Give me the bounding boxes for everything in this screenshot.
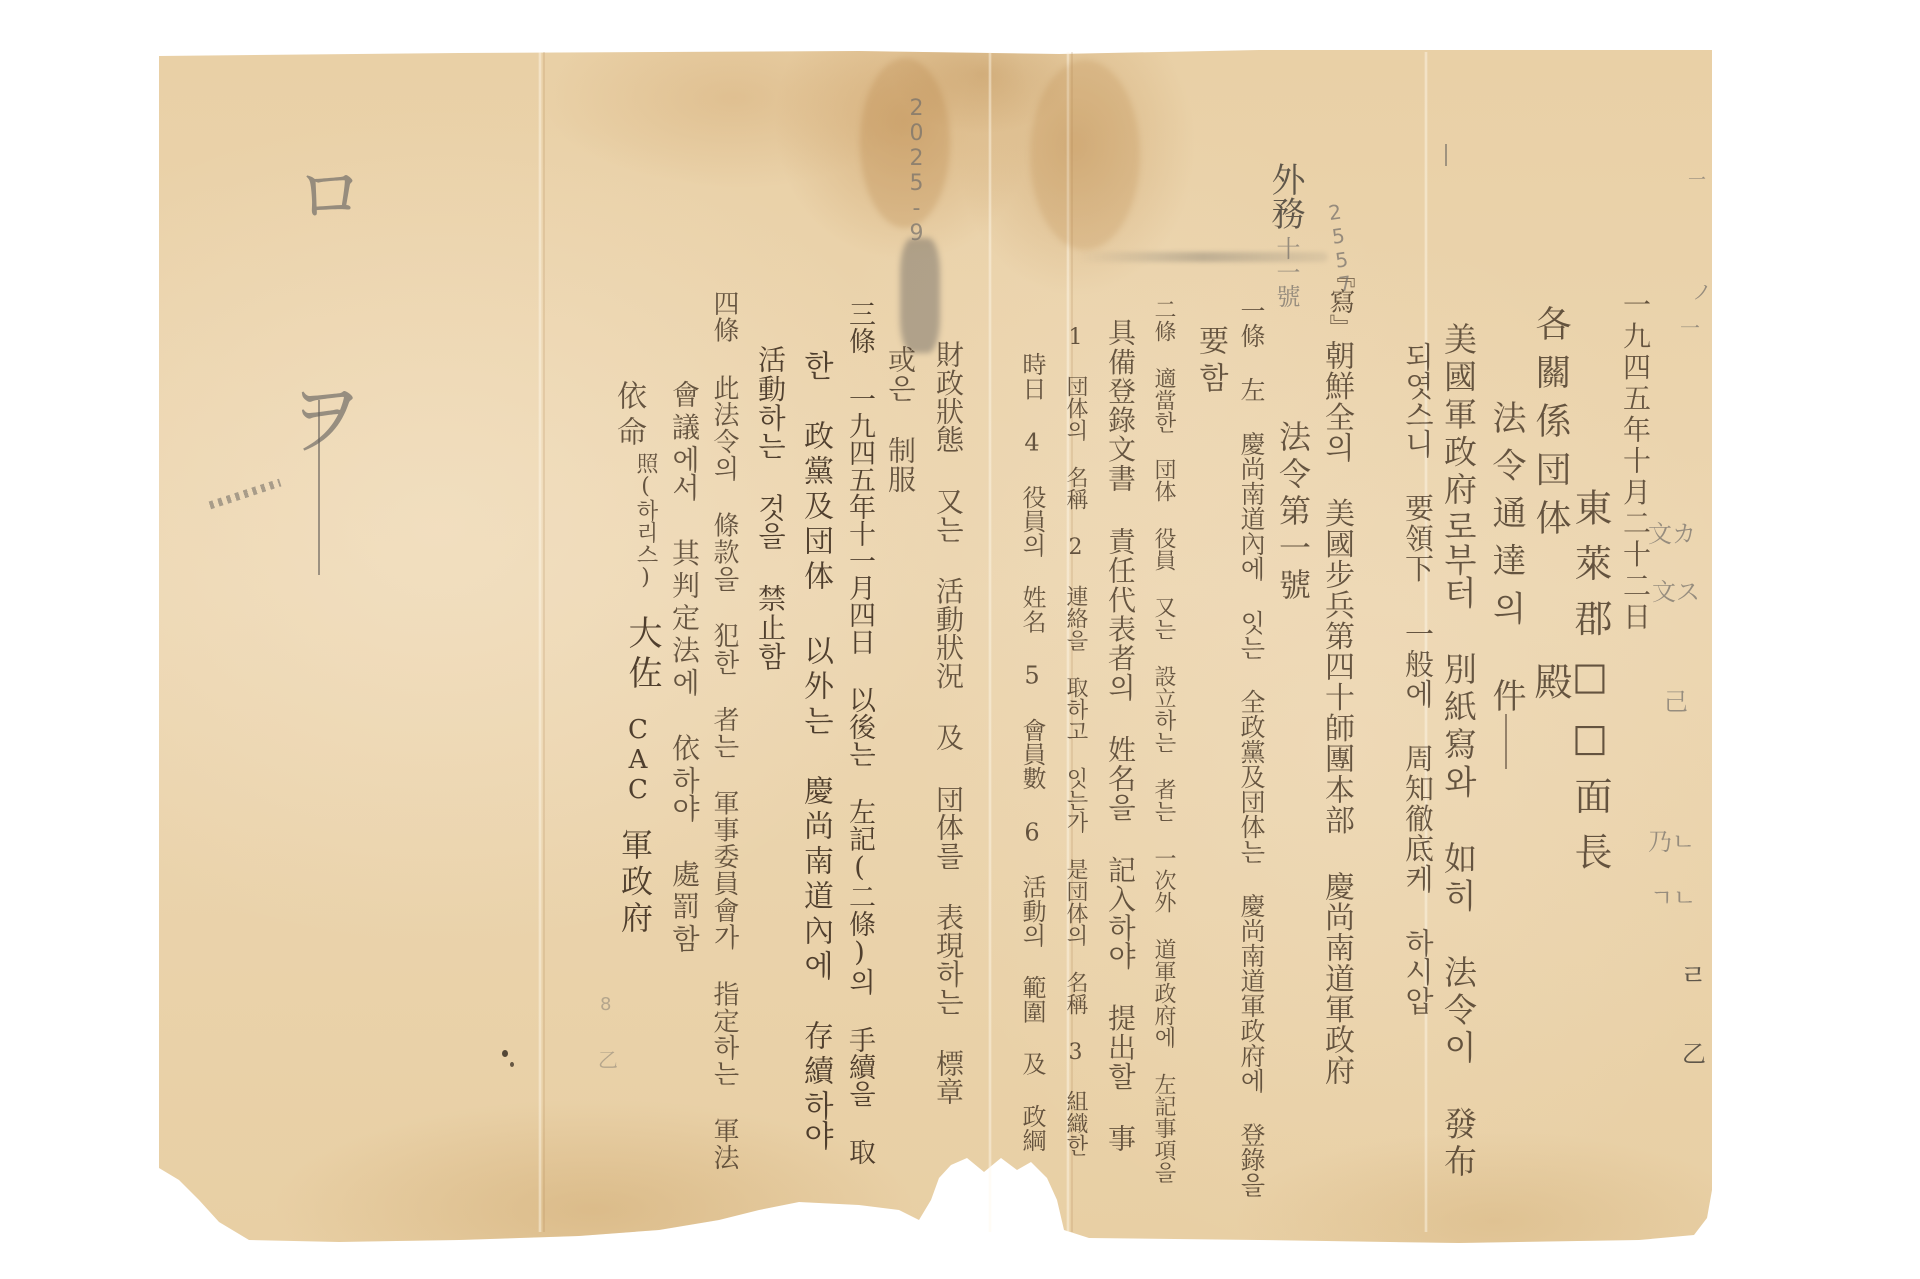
ordinance-article-1: 一條 左 慶尚南道內에 잇는 全政黨及団体는 慶尚南道軍政府에 登錄을 [1239, 298, 1264, 1187]
right-margin-note: 己 [1664, 690, 1688, 714]
signature-rank: 大佐 [625, 615, 659, 689]
fold-line [988, 52, 992, 1232]
ink-speck [502, 1050, 508, 1057]
signature-office: 軍政府 [619, 828, 651, 933]
ordinance-article-2: 二條 適當한 団体 役員 又는 設立하는 者는 一次外 道軍政府에 左記事項을 [1152, 298, 1174, 1165]
ink-speck [510, 1062, 514, 1067]
water-stain [1030, 60, 1140, 250]
ordinance-article-3: 三條 一九四五年十一月四日 以後는 左記(二條)의 手續을 取 [846, 300, 873, 1160]
right-margin-note: 一 [1688, 172, 1706, 190]
sender-line: 東萊郡□□面長 [1571, 488, 1609, 870]
signature-name: 照(하리스) [634, 452, 656, 590]
ordinance-article-2-items: 財政狀態 又는 活動狀況 及 団体를 表現하는 標章 [934, 340, 962, 1105]
subject-line: 法令通達의 件 [1489, 400, 1523, 712]
intro-line: 美國軍政府로부터 別紙寫와 如히 法令이 發布 [1442, 322, 1475, 1177]
issuer-line: 朝鮮全의 美國步兵第四十師團本部 慶尚南道軍政府 [1321, 340, 1351, 1085]
right-margin-note: 乃ㄴ [1648, 830, 1695, 854]
ordinance-article-2-end: 或은 制服 [886, 345, 914, 493]
bottom-mark: 8 [600, 996, 611, 1014]
ordinance-article-2-items: 1 団体의 名稱 2 連絡을 取하고 잇는가 是団体의 名稱 3 組織한 [1064, 325, 1086, 1140]
ordinance-article-3-end: 活動하는 것을 禁止함 [756, 345, 784, 670]
right-margin-note: ㄹ [1680, 962, 1707, 990]
pencil-note-top-right: 十一號 [1274, 236, 1298, 308]
right-margin-note: 文ス [1652, 580, 1700, 604]
signature-unit: CAC [625, 715, 651, 800]
right-margin-note: 文カ [1648, 522, 1696, 546]
right-margin-note: ノ [1692, 282, 1712, 302]
left-margin-pencil-line [318, 400, 320, 575]
left-margin-mark: ヲ [285, 380, 365, 460]
date-line: 一九四五年十月二十二日 [1621, 290, 1649, 630]
intro-line: 되엿스니 要領下 一般에 周知徹底케 하시압 [1403, 342, 1432, 1015]
right-margin-note: ㄱㄴ [1650, 886, 1696, 910]
subject-tail-stroke [1505, 714, 1507, 769]
left-margin-mark: ロ [295, 160, 365, 230]
ordinance-article-4: 四條 此法令의 條款을 犯한 者는 軍事委員會가 指定하는 軍法 [711, 290, 737, 1170]
fold-crease-shadow [543, 52, 545, 1232]
honorific: 殿 [1531, 660, 1569, 702]
signature-by-order: 依命 [613, 380, 643, 446]
right-margin-note: 乙 [1682, 1042, 1706, 1066]
pencil-smudge-stamp [900, 238, 940, 353]
fold-line [538, 52, 542, 1232]
archive-number: 2025-9 [905, 96, 927, 246]
ordinance-article-4-end: 會議에서 其判定法에 依하야 處罰함 [670, 380, 698, 952]
ordinance-article-1-end: 要함 [1195, 325, 1225, 392]
bottom-mark: 乙 [598, 1050, 618, 1070]
ordinance-article-3-cont: 한 政黨及団体 以外는 慶尚南道內에 存續하야 [800, 350, 830, 1150]
right-margin-note: 一 [1680, 318, 1700, 338]
recipient-line: 各關係団体 [1532, 305, 1568, 535]
ordinance-article-2-cont: 具備登錄文書 責任代表者의 姓名을 記入하야 提出할 事 [1106, 318, 1134, 1152]
pencil-tick [1445, 144, 1447, 166]
ordinance-title: 法令第一號 [1277, 420, 1309, 600]
ordinance-article-2-items: 時日 4 役員의 姓名 5 會員數 6 活動의 範圍 及 政綱 [1020, 352, 1044, 1152]
pencil-note-top-right: 外務 [1268, 162, 1302, 230]
